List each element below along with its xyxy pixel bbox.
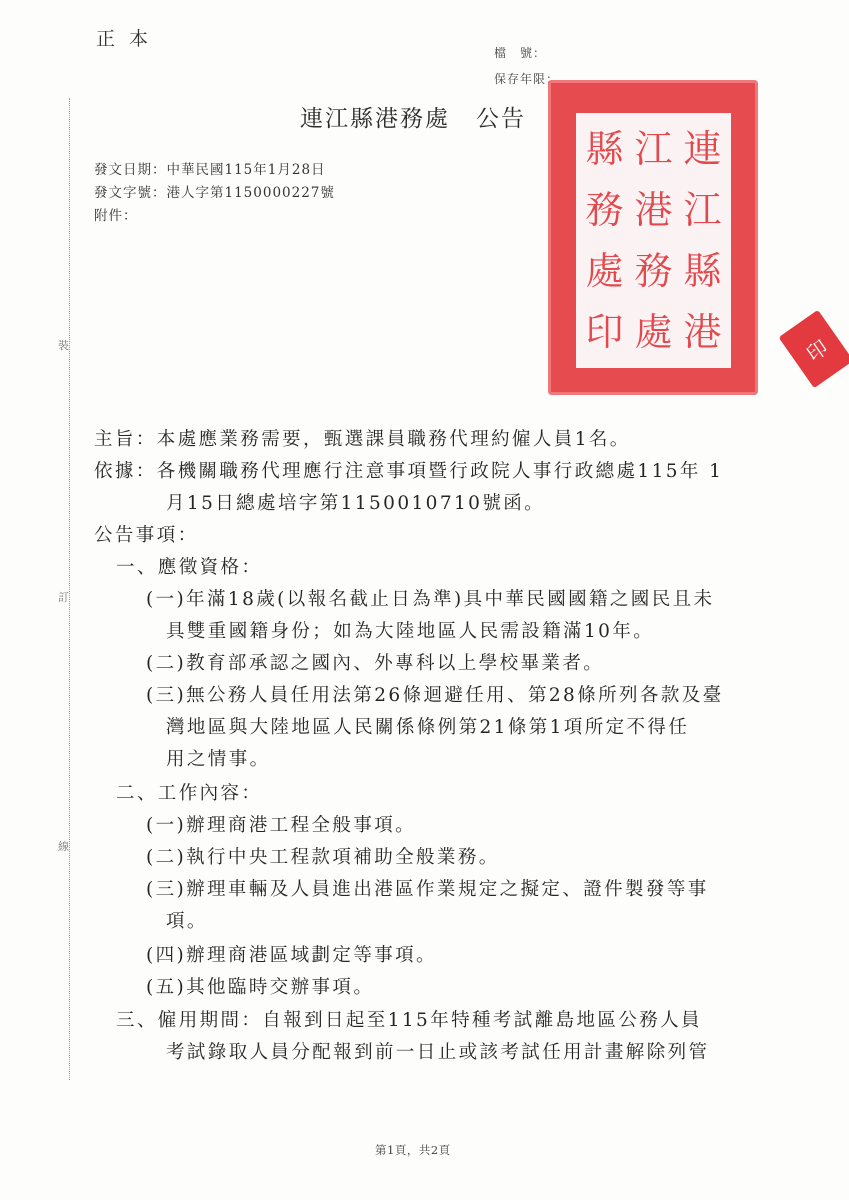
body-line: 項。 — [166, 907, 208, 933]
seal-glyph: 印 — [585, 313, 623, 351]
body-line: 考試錄取人員分配報到前一日止或該考試任用計畫解除列管 — [166, 1038, 709, 1064]
seal-glyph: 務 — [585, 191, 623, 229]
seal-column: 江 港 務 處 — [634, 119, 672, 362]
body-line: (三)辦理車輛及人員進出港區作業規定之擬定、證件製發等事 — [146, 875, 709, 901]
attachment-label: 附件： — [94, 204, 138, 224]
copy-mark: 正本 — [96, 24, 162, 51]
seal-glyph: 連 — [683, 130, 721, 168]
body-line: 主旨：本處應業務需要，甄選課員職務代理約僱人員1名。 — [94, 425, 631, 451]
seal-inner-field: 連 江 縣 港 江 港 務 處 縣 務 處 印 — [576, 113, 731, 368]
seal-glyph: 縣 — [683, 252, 721, 290]
document-number: 發文字號：港人字第1150000227號 — [94, 181, 335, 201]
seal-glyph: 港 — [634, 191, 672, 229]
body-line: (四)辦理商港區域劃定等事項。 — [146, 941, 437, 967]
body-line: (三)無公務人員任用法第26條迴避任用、第28條所列各款及臺 — [146, 681, 724, 707]
seal-glyph: 處 — [634, 313, 672, 351]
body-line: (二)執行中央工程款項補助全般業務。 — [146, 843, 500, 869]
seal-glyph: 縣 — [585, 130, 623, 168]
body-line: 具雙重國籍身份；如為大陸地區人民需設籍滿10年。 — [166, 617, 654, 643]
seal-glyph: 務 — [634, 252, 672, 290]
binding-mark-zhuang: 裝 — [58, 335, 69, 355]
binding-mark-ding: 訂 — [58, 587, 69, 607]
issue-date: 發文日期：中華民國115年1月28日 — [94, 158, 326, 178]
body-line: (二)教育部承認之國內、外專科以上學校畢業者。 — [146, 649, 604, 675]
seal-glyph: 港 — [683, 313, 721, 351]
page-indicator: 第1頁，共2頁 — [375, 1142, 451, 1158]
body-line: 用之情事。 — [166, 745, 271, 771]
body-line: 二、工作內容： — [116, 779, 262, 805]
body-line: 一、應徵資格： — [116, 553, 262, 579]
body-line: (五)其他臨時交辦事項。 — [146, 973, 374, 999]
seal-glyph: 處 — [585, 252, 623, 290]
seal-glyph: 江 — [683, 191, 721, 229]
body-line: (一)辦理商港工程全般事項。 — [146, 811, 416, 837]
body-line: 月15日總處培字第1150010710號函。 — [166, 489, 545, 515]
seal-column: 連 江 縣 港 — [683, 119, 721, 362]
page-title: 連江縣港務處公告 — [300, 100, 526, 133]
title-organization: 連江縣港務處 — [300, 106, 450, 132]
small-signature-seal: 印 — [779, 310, 849, 388]
body-line: 公告事項： — [94, 521, 199, 547]
file-number-label: 檔 號： — [494, 44, 546, 61]
body-line: 灣地區與大陸地區人民關係條例第21條第1項所定不得任 — [166, 713, 689, 739]
official-seal: 連 江 縣 港 江 港 務 處 縣 務 處 印 — [548, 80, 758, 395]
body-line: 依據：各機關職務代理應行注意事項暨行政院人事行政總處115年 1 — [94, 457, 723, 483]
title-doc-type: 公告 — [476, 106, 526, 132]
body-line: 三、僱用期間：自報到日起至115年特種考試離島地區公務人員 — [116, 1006, 702, 1032]
seal-column: 縣 務 處 印 — [585, 119, 623, 362]
binding-margin-line — [69, 98, 70, 1080]
small-seal-glyph: 印 — [799, 331, 832, 366]
body-line: (一)年滿18歲(以報名截止日為準)具中華民國國籍之國民且未 — [146, 585, 714, 611]
seal-glyph: 江 — [634, 130, 672, 168]
binding-mark-xian: 線 — [58, 836, 69, 856]
